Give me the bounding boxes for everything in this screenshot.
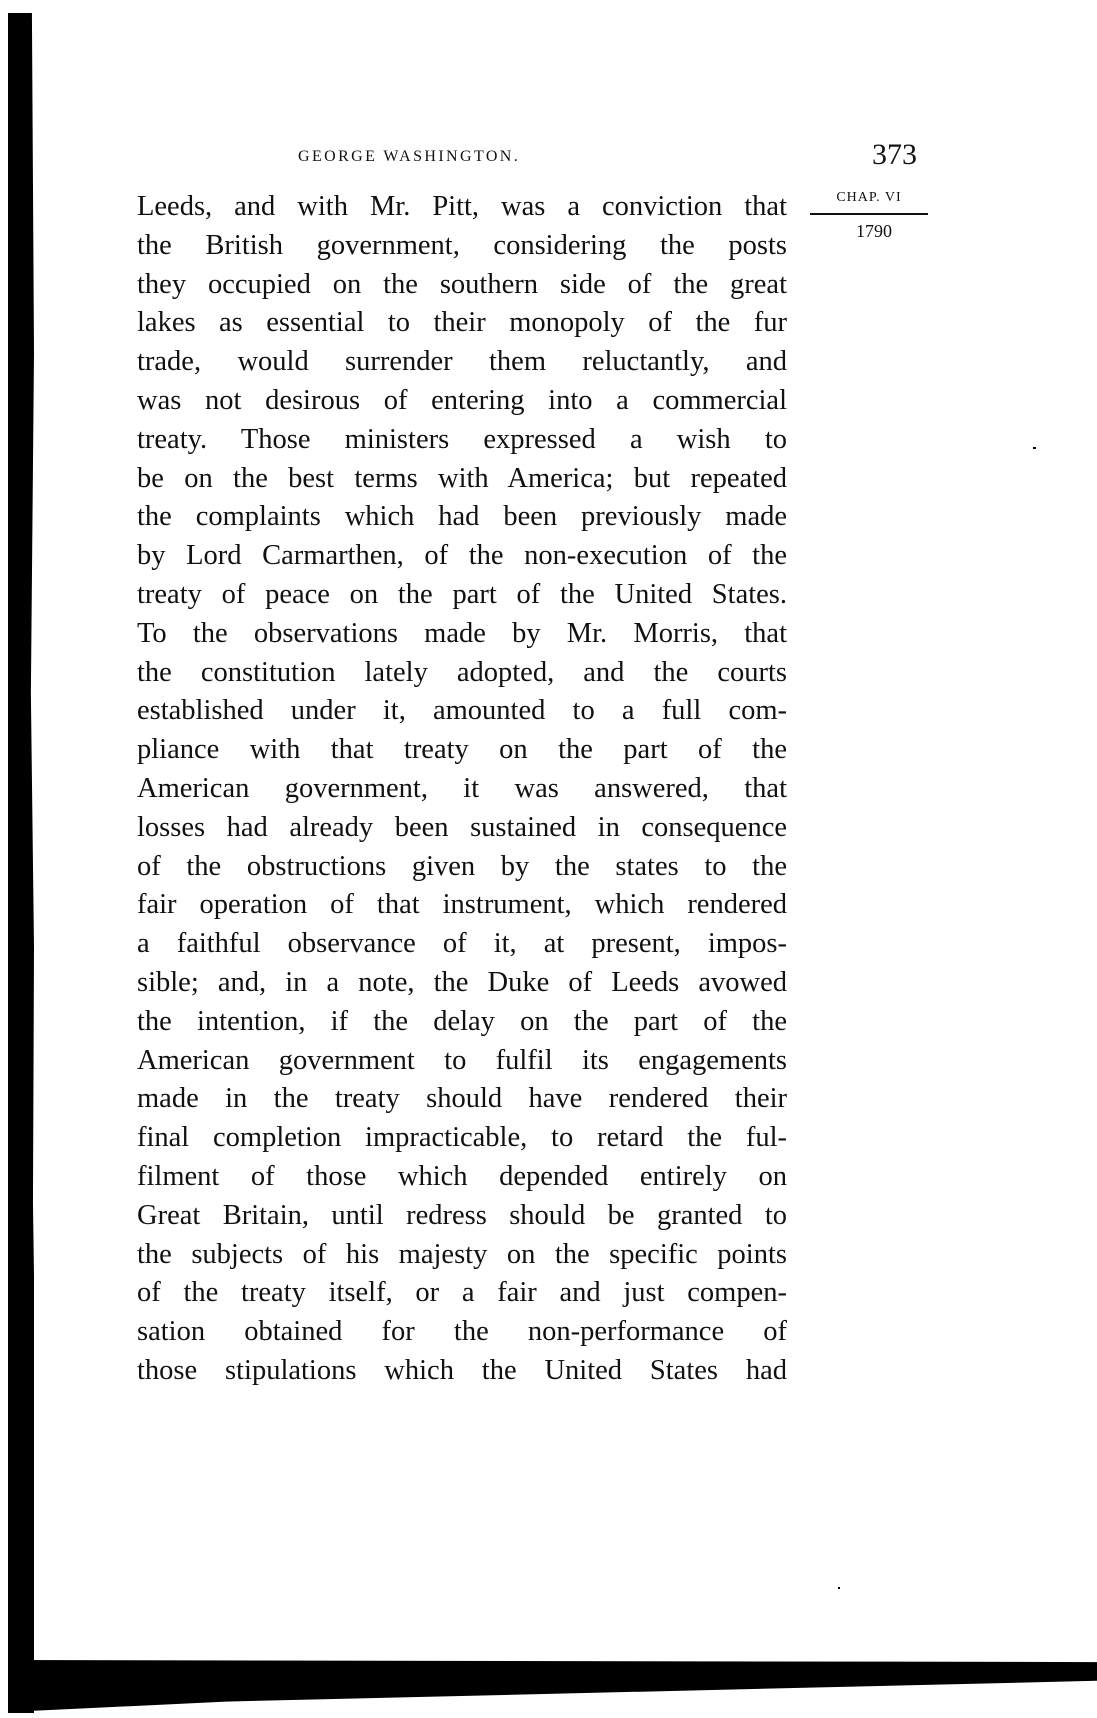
text-line: American government to fulfil its engage… — [137, 1042, 787, 1081]
text-line: treaty of peace on the part of the Unite… — [137, 576, 787, 615]
text-line: they occupied on the southern side of th… — [137, 266, 787, 305]
text-line: pliance with that treaty on the part of … — [137, 731, 787, 770]
text-line: lakes as essential to their monopoly of … — [137, 304, 787, 343]
text-line: the constitution lately adopted, and the… — [137, 654, 787, 693]
binding-shadow-bottom — [8, 1660, 1097, 1712]
text-line: American government, it was answered, th… — [137, 770, 787, 809]
text-line: the complaints which had been previously… — [137, 498, 787, 537]
text-line: made in the treaty should have rendered … — [137, 1080, 787, 1119]
margin-rule — [810, 213, 928, 215]
text-line: the British government, considering the … — [137, 227, 787, 266]
text-line: was not desirous of entering into a comm… — [137, 382, 787, 421]
text-line: filment of those which depended entirely… — [137, 1158, 787, 1197]
text-line: treaty. Those ministers expressed a wish… — [137, 421, 787, 460]
text-line: Great Britain, until redress should be g… — [137, 1197, 787, 1236]
text-line: a faithful observance of it, at present,… — [137, 925, 787, 964]
running-title: GEORGE WASHINGTON. — [298, 148, 520, 166]
text-line: final completion impracticable, to retar… — [137, 1119, 787, 1158]
chapter-label: CHAP. VI — [810, 190, 928, 206]
text-line: fair operation of that instrument, which… — [137, 886, 787, 925]
text-line: trade, would surrender them reluctantly,… — [137, 343, 787, 382]
year-label: 1790 — [810, 221, 928, 242]
text-line: of the obstructions given by the states … — [137, 848, 787, 887]
text-line: the intention, if the delay on the part … — [137, 1003, 787, 1042]
book-page: GEORGE WASHINGTON. 373 CHAP. VI 1790 Lee… — [0, 0, 1097, 1718]
text-line: be on the best terms with America; but r… — [137, 460, 787, 499]
body-text: Leeds, and with Mr. Pitt, was a convicti… — [137, 188, 787, 1391]
text-line: sible; and, in a note, the Duke of Leeds… — [137, 964, 787, 1003]
scan-speck — [838, 1587, 840, 1589]
page-header: GEORGE WASHINGTON. 373 — [0, 138, 1097, 168]
text-line: sation obtained for the non-performance … — [137, 1313, 787, 1352]
page-number: 373 — [872, 138, 917, 172]
text-line: losses had already been sustained in con… — [137, 809, 787, 848]
text-line: of the treaty itself, or a fair and just… — [137, 1274, 787, 1313]
text-line: Leeds, and with Mr. Pitt, was a convicti… — [137, 188, 787, 227]
text-line: by Lord Carmarthen, of the non-execution… — [137, 537, 787, 576]
scan-speck — [1033, 447, 1036, 449]
text-line: To the observations made by Mr. Morris, … — [137, 615, 787, 654]
binding-shadow-left — [8, 13, 34, 1713]
text-line: established under it, amounted to a full… — [137, 692, 787, 731]
text-line: those stipulations which the United Stat… — [137, 1352, 787, 1391]
text-line: the subjects of his majesty on the speci… — [137, 1236, 787, 1275]
margin-note: CHAP. VI 1790 — [810, 190, 928, 242]
